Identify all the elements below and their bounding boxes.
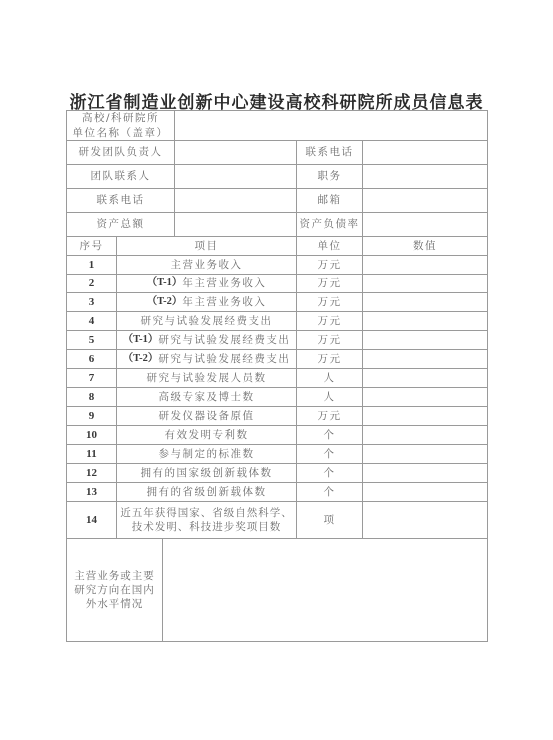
row-unit: 个 [296, 444, 363, 464]
row-unit: 个 [296, 425, 363, 445]
row-item-text: 年主营业务收入 [182, 295, 266, 309]
unit-name-label-line1: 高校/科研院所 [82, 111, 159, 125]
row-item-text: 年主营业务收入 [182, 276, 266, 290]
row-item-line1: 近五年获得国家、省级自然科学、 [120, 506, 293, 520]
row-item: 拥有的省级创新载体数 [116, 482, 297, 502]
row-item-prefix: （T-2） [147, 295, 183, 309]
row-item: （T-2）研究与试验发展经费支出 [116, 349, 297, 369]
row-value-field[interactable] [362, 330, 488, 350]
total-assets-field[interactable] [174, 212, 297, 237]
row-item: 主营业务收入 [116, 255, 297, 275]
unit-name-field[interactable] [174, 110, 488, 141]
row-value-field[interactable] [362, 274, 488, 293]
row-value-field[interactable] [362, 482, 488, 502]
row-item-prefix: （T-1） [123, 333, 159, 347]
column-header-no: 序号 [66, 236, 117, 256]
row-value-field[interactable] [362, 349, 488, 369]
row-value-field[interactable] [362, 444, 488, 464]
row-value-field[interactable] [362, 463, 488, 483]
row-item: 高级专家及博士数 [116, 387, 297, 407]
team-contact-field[interactable] [174, 164, 297, 189]
row-unit: 万元 [296, 311, 363, 331]
row-number: 5 [66, 330, 117, 350]
row-item-text: 研究与试验发展经费支出 [158, 333, 290, 347]
row-number: 14 [66, 501, 117, 539]
debt-ratio-label: 资产负债率 [296, 212, 363, 237]
level-description-field[interactable] [162, 538, 488, 642]
column-header-item: 项目 [116, 236, 297, 256]
row-item: 研究与试验发展人员数 [116, 368, 297, 388]
team-contact-label: 团队联系人 [66, 164, 175, 189]
row-number: 12 [66, 463, 117, 483]
row-item-line2: 技术发明、科技进步奖项目数 [132, 520, 282, 534]
row-value-field[interactable] [362, 406, 488, 426]
row-number: 7 [66, 368, 117, 388]
row-number: 11 [66, 444, 117, 464]
leader-phone-field[interactable] [362, 140, 488, 165]
total-assets-label: 资产总额 [66, 212, 175, 237]
row-number: 2 [66, 274, 117, 293]
row-number: 6 [66, 349, 117, 369]
row-number: 9 [66, 406, 117, 426]
row-number: 13 [66, 482, 117, 502]
row-value-field[interactable] [362, 425, 488, 445]
row-item: （T-1）研究与试验发展经费支出 [116, 330, 297, 350]
contact-phone-label: 联系电话 [66, 188, 175, 213]
row-unit: 人 [296, 387, 363, 407]
team-leader-field[interactable] [174, 140, 297, 165]
row-item-text: 研究与试验发展经费支出 [158, 352, 290, 366]
row-item: （T-1）年主营业务收入 [116, 274, 297, 293]
leader-phone-label: 联系电话 [296, 140, 363, 165]
row-value-field[interactable] [362, 255, 488, 275]
row-item: 拥有的国家级创新载体数 [116, 463, 297, 483]
row-number: 8 [66, 387, 117, 407]
row-number: 10 [66, 425, 117, 445]
row-item-prefix: （T-2） [123, 352, 159, 366]
row-number: 3 [66, 292, 117, 312]
column-header-value: 数值 [362, 236, 488, 256]
row-number: 4 [66, 311, 117, 331]
row-unit: 万元 [296, 330, 363, 350]
row-number: 1 [66, 255, 117, 275]
contact-phone-field[interactable] [174, 188, 297, 213]
row-item: 有效发明专利数 [116, 425, 297, 445]
row-item: 参与制定的标准数 [116, 444, 297, 464]
row-value-field[interactable] [362, 292, 488, 312]
row-unit: 万元 [296, 349, 363, 369]
debt-ratio-field[interactable] [362, 212, 488, 237]
column-header-unit: 单位 [296, 236, 363, 256]
email-label: 邮箱 [296, 188, 363, 213]
level-description-label: 主营业务或主要 研究方向在国内 外水平情况 [66, 538, 163, 642]
team-leader-label: 研发团队负责人 [66, 140, 175, 165]
row-unit: 万元 [296, 255, 363, 275]
row-unit: 项 [296, 501, 363, 539]
position-field[interactable] [362, 164, 488, 189]
row-value-field[interactable] [362, 368, 488, 388]
row-unit: 万元 [296, 406, 363, 426]
row-unit: 人 [296, 368, 363, 388]
row-item-prefix: （T-1） [147, 276, 183, 290]
unit-name-label-line2: 单位名称（盖章） [73, 126, 169, 140]
level-label-line3: 外水平情况 [86, 597, 144, 611]
row-unit: 万元 [296, 292, 363, 312]
unit-name-label: 高校/科研院所 单位名称（盖章） [66, 110, 175, 141]
row-item: 研发仪器设备原值 [116, 406, 297, 426]
level-label-line2: 研究方向在国内 [74, 583, 155, 597]
row-item: 近五年获得国家、省级自然科学、 技术发明、科技进步奖项目数 [116, 501, 297, 539]
row-unit: 个 [296, 482, 363, 502]
row-value-field[interactable] [362, 501, 488, 539]
row-item: （T-2）年主营业务收入 [116, 292, 297, 312]
row-value-field[interactable] [362, 387, 488, 407]
row-unit: 万元 [296, 274, 363, 293]
level-label-line1: 主营业务或主要 [74, 569, 155, 583]
row-unit: 个 [296, 463, 363, 483]
position-label: 职务 [296, 164, 363, 189]
row-value-field[interactable] [362, 311, 488, 331]
row-item: 研究与试验发展经费支出 [116, 311, 297, 331]
email-field[interactable] [362, 188, 488, 213]
